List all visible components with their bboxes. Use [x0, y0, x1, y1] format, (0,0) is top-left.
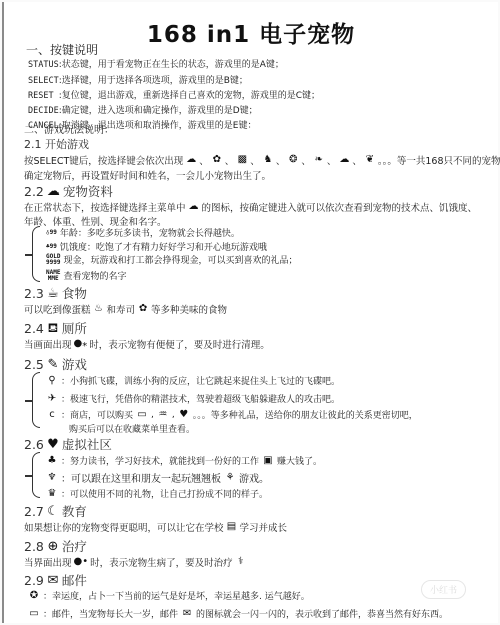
heading-text: 宠物资料 [63, 182, 113, 200]
name-icon: NAMEMME [46, 270, 60, 282]
text: 的图标就会一闪一闪的，表示收到了邮件，恭喜当然有好东西。 [196, 607, 448, 620]
brace [32, 372, 40, 428]
hunger-icon: ♣99 [46, 244, 57, 250]
key-row-select: SELECT:选择键，用于选择各项选项，游戏里的是B键； [28, 73, 248, 86]
heading-text: 游戏 [62, 355, 87, 373]
text: 当界面出现 [24, 555, 72, 569]
text: 和寿司 [107, 302, 136, 316]
sick-icon: ●• [74, 557, 89, 567]
list-item-spaceship: ✈ ：极速飞行，凭借你的精湛技术，驾驶着超级飞船躲避敌人的攻击吧。 [46, 392, 340, 405]
dressup-icon: ♛ [46, 489, 58, 499]
text: ：小狗抓飞碟，训练小狗的反应，让它跳起来捉住头上飞过的飞碟吧。 [61, 374, 340, 387]
key-name: DECIDE [28, 106, 59, 116]
key-desc: :选择键，用于选择各项选项，游戏里的是B键； [59, 76, 248, 86]
heading-text: 厕所 [62, 319, 87, 337]
key-desc: :复位键，退出游戏，重新选择自己喜欢的宠物，游戏里的是C键； [59, 91, 320, 101]
section-2-2-line1: 在正常状态下，按选择键选择主菜单中 ☁ 的图标，按确定键进入就可以依次查看到宠物… [24, 200, 477, 214]
cake-icon: ♨ [93, 304, 105, 314]
education-icon: ☾ [47, 505, 59, 518]
text: 游戏。 [239, 470, 269, 485]
food-icon: ☕ [47, 287, 59, 300]
pet-7-icon: ☁ [338, 155, 350, 165]
mailbox-icon: ▭ [28, 609, 40, 619]
text: 当画面出现 [24, 337, 72, 351]
manual-page: 168 in1 电子宠物 一、按键说明 STATUS:状态键，用于看宠物正在生长… [2, 2, 498, 623]
section-number: 2.3 [24, 286, 44, 301]
pet-5-icon: ❂ [287, 155, 299, 165]
list-item-age: ♁99 年龄：多吃多玩多读书，宠物就会长得越快。 [46, 226, 240, 239]
seesaw-icon: ⚘ [224, 473, 236, 483]
text: ：商店，可以购买 [61, 408, 133, 421]
section-number: 2.2 [24, 184, 44, 199]
section-number: 2.9 [24, 573, 44, 588]
section-2-4-line: 当画面出现 ●⁎ 时，表示宠物有便便了，要及时进行清理。 [24, 337, 270, 351]
community-icon: ♥ [47, 438, 59, 451]
text: 饥饿度：吃饱了才有精力好好学习和开心地玩游戏哦 [60, 240, 267, 253]
key-row-decide: DECIDE:确定键，进入选项和确定操作，游戏里的是D键； [28, 103, 258, 116]
section-2-2-heading: 2.2 ☁ 宠物资料 [24, 182, 113, 200]
list-item-mailbox: ▭ ：邮件，当宠物每长大一岁，邮件 ✉ 的图标就会一闪一闪的，表示收到了邮件，恭… [28, 607, 448, 620]
heading-text: 2.1 开始游戏 [24, 136, 89, 152]
pet-info-icon: ☁ [47, 185, 60, 198]
text: 。。。等多种礼品，送给你的朋友让彼此的关系更密切吧， [193, 408, 418, 421]
key-name: SELECT [28, 76, 59, 86]
text: ：邮件，当宠物每长大一岁，邮件 [43, 607, 178, 620]
key-row-status: STATUS:状态键，用于看宠物正在生长的状态，游戏里的是A键； [28, 57, 284, 70]
gift-3-icon: ♥ [178, 410, 190, 420]
text: 时，表示宠物有便便了，要及时进行清理。 [89, 337, 270, 351]
text: ：极速飞行，凭借你的精湛技术，驾驶着超级飞船躲避敌人的攻击吧。 [61, 392, 340, 405]
key-name: STATUS [28, 60, 59, 70]
study-icon: ♣ [46, 456, 58, 466]
heading-text: 教育 [62, 502, 87, 520]
age-icon: ♁99 [46, 230, 57, 236]
pet-info-icon: ☁ [188, 202, 200, 212]
text: 可以吃到像蛋糕 [24, 302, 91, 316]
pet-6-icon: ❧ [313, 155, 325, 165]
list-item-luck: ✪ ：幸运度，占卜一下当前的运气是好是坏，幸运星越多. 运气越好。 [28, 589, 310, 602]
list-item-study: ♣ ：努力读书，学习好技术，就能找到一份好的工作 ▣ 赚大钱了。 [46, 454, 322, 467]
section-2-3-line: 可以吃到像蛋糕 ♨ 和寿司 ✿ 等多种美味的食物 [24, 302, 227, 316]
section-2-8-heading: 2.8 ⊕ 治疗 [24, 537, 87, 555]
text: 。。。等一共168只不同的宠物。 [378, 153, 500, 167]
gold-icon: GOLD9999 [46, 254, 60, 266]
section-gameplay-heading: 二、游戏玩法说明： [24, 121, 114, 136]
text: 时，表示宠物生病了，要及时治疗 [90, 555, 233, 569]
section-number: 2.7 [24, 504, 44, 519]
section-number: 2.4 [24, 321, 44, 336]
text: 查看宠物的名字 [63, 269, 126, 282]
text: 如果想让你的宠物变得更聪明，可以让它在学校 [24, 520, 224, 534]
text: 学习并成长 [240, 520, 288, 534]
gift-1-icon: ▭ [136, 410, 148, 420]
sushi-icon: ✿ [137, 304, 149, 314]
school-icon: ▤ [226, 522, 238, 532]
text: ：可以跟在这里和朋友一起玩翘翘板 [61, 470, 221, 485]
pet-4-icon: ♞ [262, 155, 274, 165]
key-name: RESET [28, 91, 59, 101]
section-number: 2.5 [24, 357, 44, 372]
shop-icon: c [46, 410, 58, 420]
pet-8-icon: ❦ [364, 155, 376, 165]
luck-icon: ✪ [28, 591, 40, 601]
section-2-5-heading: 2.5 ✎ 游戏 [24, 355, 87, 373]
text: ：幸运度，占卜一下当前的运气是好是坏，幸运星越多. 运气越好。 [43, 589, 310, 602]
game-icon: ✎ [47, 358, 59, 371]
friend-icon: ♆ [46, 473, 58, 483]
key-desc: :状态键，用于看宠物正在生长的状态，游戏里的是A键； [59, 60, 284, 70]
section-2-1-heading: 2.1 开始游戏 [24, 136, 89, 152]
text: 在正常状态下，按选择键选择主菜单中 [24, 200, 186, 214]
brace [32, 452, 40, 498]
section-key-instructions-heading: 一、按键说明 [26, 41, 98, 58]
text: 按SELECT键后，按选择键会依次出现 [24, 153, 183, 167]
section-2-1-line2: 确定宠物后，再设置好时间和姓名，一会儿小宠物出生了。 [24, 168, 271, 182]
list-item-hunger: ♣99 饥饿度：吃饱了才有精力好好学习和开心地玩游戏哦 [46, 240, 267, 253]
toilet-icon: ⛾ [47, 322, 59, 335]
text: ：努力读书，学习好技术，就能找到一份好的工作 [61, 454, 259, 467]
text: 等多种美味的食物 [151, 302, 227, 316]
section-2-7-line: 如果想让你的宠物变得更聪明，可以让它在学校 ▤ 学习并成长 [24, 520, 287, 534]
section-2-8-line: 当界面出现 ●• 时，表示宠物生病了，要及时治疗 ⚕ [24, 555, 247, 569]
section-number: 2.6 [24, 437, 44, 452]
heading-text: 虚拟社区 [62, 435, 112, 453]
gift-2-icon: ♒ [157, 410, 169, 420]
list-item-name: NAMEMME 查看宠物的名字 [46, 269, 126, 282]
pet-1-icon: ☁ [185, 155, 197, 165]
list-item-gold: GOLD9999 现金，玩游戏和打工都会挣得现金，可以买到喜欢的礼品； [46, 253, 297, 266]
section-number: 2.8 [24, 539, 44, 554]
mail-icon: ✉ [181, 609, 193, 619]
work-icon: ▣ [262, 456, 274, 466]
heading-text: 治疗 [62, 537, 87, 555]
heading-text: 食物 [62, 284, 87, 302]
text: ：可以使用不同的礼物，让自己打扮成不同的样子。 [61, 487, 268, 500]
pet-3-icon: ▩ [236, 155, 248, 165]
section-2-1-line1: 按SELECT键后，按选择键会依次出现 ☁、 ✿、 ▩、 ♞、 ❂、 ❧、 ☁、… [24, 153, 500, 167]
heading-text: 邮件 [62, 571, 87, 589]
section-2-3-heading: 2.3 ☕ 食物 [24, 284, 87, 302]
list-item-shop-cont: 购买后可以在收藏菜单里查看。 [69, 422, 195, 435]
list-item-dog-frisbee: ⚲ ：小狗抓飞碟，训练小狗的反应，让它跳起来捉住头上飞过的飞碟吧。 [46, 374, 340, 387]
section-2-7-heading: 2.7 ☾ 教育 [24, 502, 87, 520]
section-2-9-heading: 2.9 ✉ 邮件 [24, 571, 87, 589]
dog-frisbee-icon: ⚲ [46, 376, 58, 386]
mail-icon: ✉ [47, 574, 59, 587]
syringe-icon: ⚕ [235, 557, 247, 567]
key-row-reset: RESET :复位键，退出游戏，重新选择自己喜欢的宠物，游戏里的是C键； [28, 88, 320, 101]
spaceship-icon: ✈ [46, 394, 58, 404]
list-item-shop: c ：商店，可以购买 ▭, ♒, ♥ 。。。等多种礼品，送给你的朋友让彼此的关系… [46, 408, 418, 421]
heading-text: 二、游戏玩法说明： [24, 121, 114, 136]
text: 的图标，按确定键进入就可以依次查看到宠物的技术点、饥饿度、 [202, 200, 478, 214]
list-item-friend: ♆ ：可以跟在这里和朋友一起玩翘翘板 ⚘ 游戏。 [46, 470, 269, 485]
section-2-6-heading: 2.6 ♥ 虚拟社区 [24, 435, 112, 453]
medical-icon: ⊕ [47, 540, 59, 553]
section-2-4-heading: 2.4 ⛾ 厕所 [24, 319, 87, 337]
poop-icon: ●⁎ [74, 339, 88, 349]
key-desc: :确定键，进入选项和确定操作，游戏里的是D键； [59, 106, 258, 116]
pet-2-icon: ✿ [211, 155, 223, 165]
text: 年龄：多吃多玩多读书，宠物就会长得越快。 [60, 226, 240, 239]
text: 赚大钱了。 [277, 454, 322, 467]
brace [32, 226, 40, 282]
list-item-dressup: ♛ ：可以使用不同的礼物，让自己打扮成不同的样子。 [46, 487, 268, 500]
watermark-badge: 小红书 [421, 580, 466, 599]
text: 现金，玩游戏和打工都会挣得现金，可以买到喜欢的礼品； [63, 253, 297, 266]
